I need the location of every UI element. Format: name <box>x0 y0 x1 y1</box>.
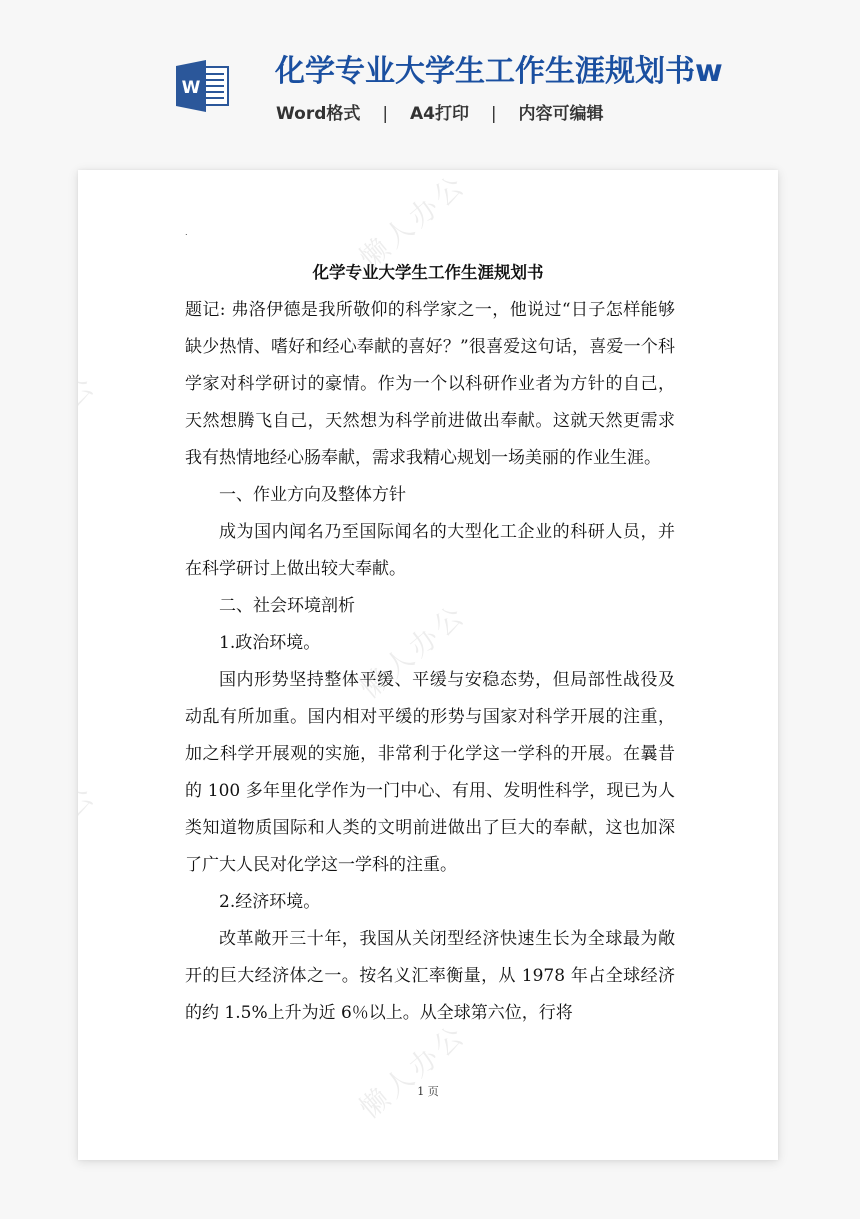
paragraph-economic-environment: 改革敞开三十年，我国从关闭型经济快速生长为全球最为敞开的巨大经济体之一。按名义汇… <box>185 921 675 1032</box>
format-label: Word格式 <box>276 104 360 124</box>
page-number: 1 页 <box>78 1083 778 1099</box>
section-heading-social-environment: 二、社会环境剖析 <box>185 588 675 625</box>
subheading-political-environment: 1.政治环境。 <box>185 625 675 662</box>
subheading-economic-environment: 2.经济环境。 <box>185 884 675 921</box>
separator: | <box>491 101 497 127</box>
header-title: 化学专业大学生工作生涯规划书w <box>275 52 723 92</box>
document-body: 题记: 弗洛伊德是我所敬仰的科学家之一，他说过“日子怎样能够缺少热情、嗜好和经心… <box>185 292 675 1032</box>
editable-label: 内容可编辑 <box>519 104 604 124</box>
separator: | <box>382 101 388 127</box>
word-document-icon: W <box>175 60 231 112</box>
header-meta: Word格式 | A4打印 | 内容可编辑 <box>276 101 604 127</box>
document-header: W 化学专业大学生工作生涯规划书w Word格式 | A4打印 | 内容可编辑 <box>0 0 860 150</box>
section-heading-career-direction: 一、作业方向及整体方针 <box>185 477 675 514</box>
paragraph-career-goal: 成为国内闻名乃至国际闻名的大型化工企业的科研人员，并在科学研讨上做出较大奉献。 <box>185 514 675 588</box>
paragraph-epigraph: 题记: 弗洛伊德是我所敬仰的科学家之一，他说过“日子怎样能够缺少热情、嗜好和经心… <box>185 292 675 477</box>
paragraph-political-environment: 国内形势坚持整体平缓、平缓与安稳态势，但局部性战役及动乱有所加重。国内相对平缓的… <box>185 662 675 884</box>
document-title: 化学专业大学生工作生涯规划书 <box>78 260 778 286</box>
print-label: A4打印 <box>410 104 469 124</box>
watermark: 懒人办公 <box>78 774 104 887</box>
document-page: 懒人办公 懒人办公 懒人办公 懒人办公 懒人办公 懒人办公 懒人办公 . 化学专… <box>78 170 778 1160</box>
watermark: 懒人办公 <box>78 364 104 477</box>
page-marker: . <box>185 228 188 237</box>
svg-text:W: W <box>182 78 201 98</box>
